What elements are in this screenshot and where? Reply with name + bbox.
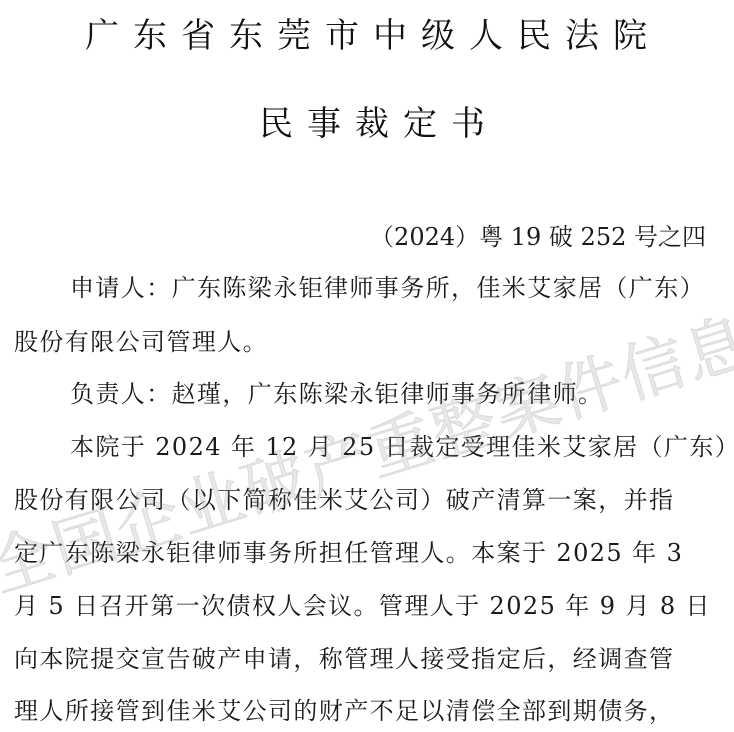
responsible-person-line: 负责人：赵瑾，广东陈梁永钜律师事务所律师。	[70, 377, 603, 411]
body-line-3: 定广东陈梁永钜律师事务所担任管理人。本案于 2025 年 3	[14, 536, 683, 570]
body-line-2: 股份有限公司（以下简称佳米艾公司）破产清算一案，并指	[14, 483, 674, 517]
court-document-page: 广东省东莞市中级人民法院 民事裁定书 （2024）粤 19 破 252 号之四 …	[0, 0, 734, 732]
body-line-1: 本院于 2024 年 12 月 25 日裁定受理佳米艾家居（广东）	[70, 430, 734, 464]
body-line-4: 月 5 日召开第一次债权人会议。管理人于 2025 年 9 月 8 日	[14, 589, 711, 623]
document-type-heading: 民事裁定书	[0, 102, 734, 146]
court-name-heading: 广东省东莞市中级人民法院	[0, 14, 734, 58]
body-line-6: 理人所接管到佳米艾公司的财产不足以清偿全部到期债务，	[14, 694, 674, 728]
applicant-line-2: 股份有限公司管理人。	[14, 325, 268, 359]
body-line-5: 向本院提交宣告破产申请，称管理人接受指定后，经调查管	[14, 642, 674, 676]
case-number: （2024）粤 19 破 252 号之四	[370, 220, 706, 254]
applicant-line-1: 申请人：广东陈梁永钜律师事务所，佳米艾家居（广东）	[70, 271, 705, 305]
